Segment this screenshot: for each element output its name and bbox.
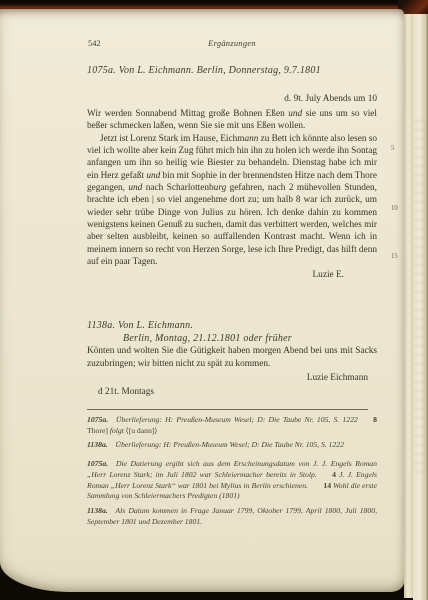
letter-1075a-paragraph-1: Wir werden Sonnabend Mittag große Bohnen… (87, 108, 377, 133)
letter-1138a-body: Könten und wolten Sie die Gütigkeit habe… (87, 345, 377, 370)
letter-1075a: 1075a. Von L. Eichmann. Berlin, Donnerst… (87, 64, 377, 281)
page-stack-edge-inner (404, 6, 413, 598)
apparatus-divider-rule (87, 409, 368, 410)
margin-line-number-5: 5 (391, 145, 394, 152)
book-photo: 542 Ergänzungen 1075a. Von L. Eichmann. … (0, 0, 428, 600)
letter-1138a-dateline: d 21t. Montags (87, 386, 377, 398)
commentary-entry-1138a: 1138a. Als Datum kommen in Frage Januar … (87, 506, 377, 528)
apparatus-commentary-notes: 1075a. Die Datierung ergibt sich aus dem… (87, 459, 377, 527)
letter-1138a-signature: Luzie Eichmann (87, 372, 377, 384)
book-page: 542 Ergänzungen 1075a. Von L. Eichmann. … (0, 9, 404, 592)
margin-line-number-10: 10 (391, 205, 398, 212)
letter-1138a-heading-line2: Berlin, Montag, 21.12.1801 oder früher (87, 332, 377, 345)
letter-1075a-paragraph-2: Jetzt ist Lorenz Stark im Hause, Eichman… (87, 133, 377, 269)
running-head: Ergänzungen (208, 39, 256, 48)
letter-1138a: 1138a. Von L. Eichmann. Berlin, Montag, … (87, 319, 377, 398)
page-edge-ghost-text (414, 120, 426, 480)
margin-line-number-15: 15 (391, 253, 398, 260)
apparatus-entry-1138a: 1138a. Überlieferung: H: Preußen-Museum … (87, 440, 377, 451)
letter-1138a-heading: 1138a. Von L. Eichmann. Berlin, Montag, … (87, 319, 377, 345)
letter-1075a-heading: 1075a. Von L. Eichmann. Berlin, Donnerst… (87, 64, 377, 77)
commentary-entry-1075a: 1075a. Die Datierung ergibt sich aus dem… (87, 459, 377, 502)
page-header: 542 Ergänzungen (87, 38, 377, 49)
page-number: 542 (88, 38, 101, 49)
letter-1138a-heading-line1: 1138a. Von L. Eichmann. (87, 320, 193, 331)
letter-1075a-signature: Luzie E. (87, 269, 377, 281)
letter-1075a-dateline: d. 9t. July Abends um 10 (87, 93, 377, 105)
apparatus-entry-1075a: 1075a. Überlieferung: H: Preußen-Museum … (87, 415, 377, 437)
apparatus-textual-notes: 1075a. Überlieferung: H: Preußen-Museum … (87, 415, 377, 451)
